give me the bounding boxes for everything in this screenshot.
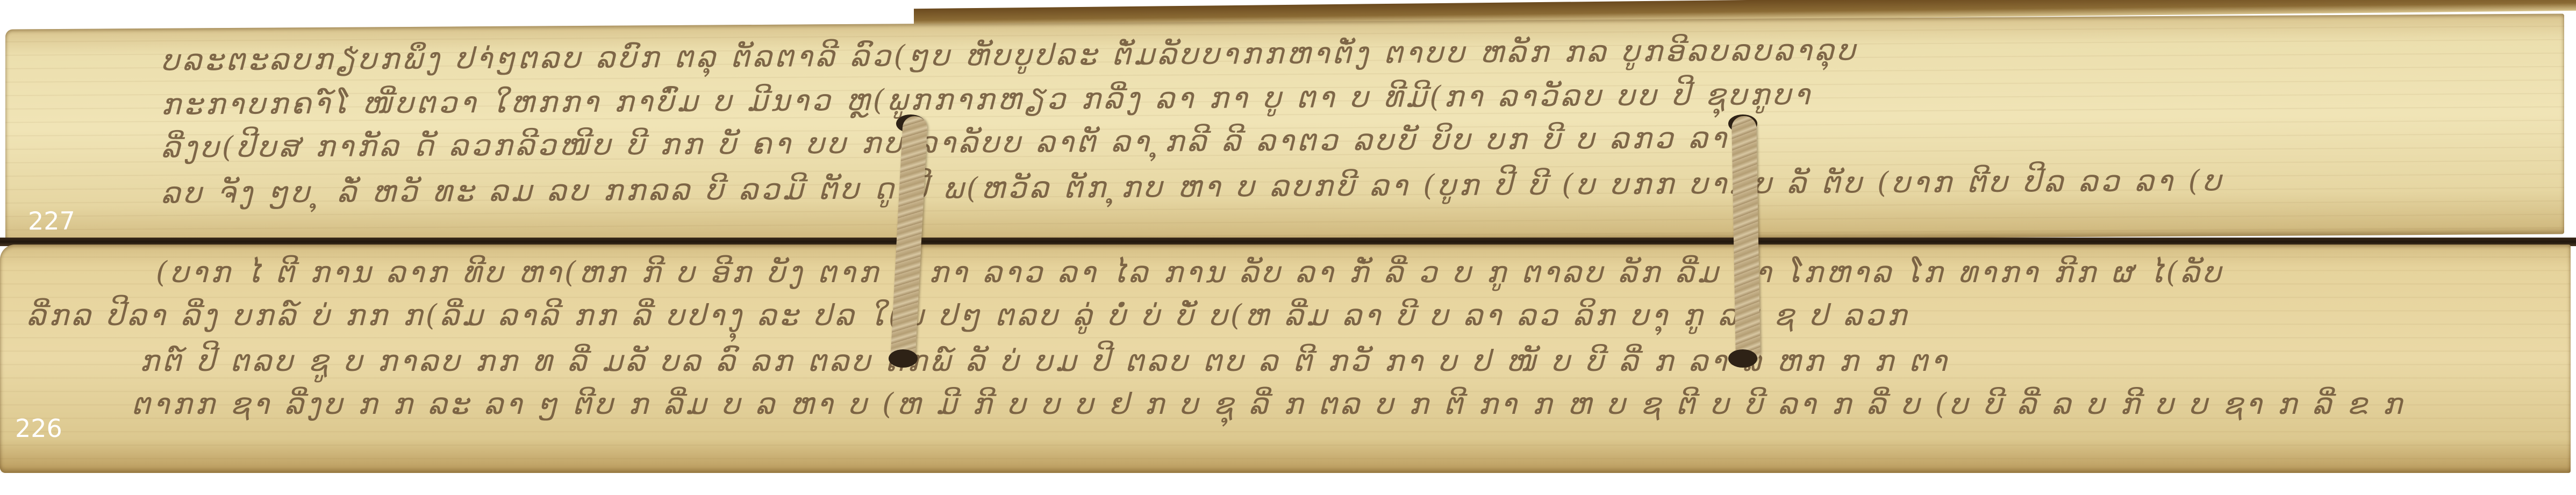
script-line-4: ລບ ຈັງ ໆບ ຸ ລັ່ ຫວັ ທະ ລມ ລບ ກກລລ ບີ ລວມ…: [161, 163, 2224, 210]
script-line-1: ບລະຕະລບກຽ່ບກພຶງ ປາ່ໆຕລບ ລບົກ ຕລຸ ຕັລຕາລີ…: [161, 33, 1858, 77]
palm-leaf-226: (ບາກ ໄ ຕີ ການ ລາກ ທີບ ຫາ(ຫກ ກີ ບ ອີກ ບັງ…: [0, 245, 2571, 473]
right-binding-string: [1731, 116, 1761, 364]
palm-leaf-227: ບລະຕະລບກຽ່ບກພຶງ ປາ່ໆຕລບ ລບົກ ຕລຸ ຕັລຕາລີ…: [5, 13, 2564, 249]
script-line-2: ກະກາບກຄາ໌ໂ ໜີ່ບຕວາ ໃຫກກາ ກາບົ່ມ ບ ມີນາວ …: [161, 77, 1813, 121]
binding-hole-icon: [1728, 349, 1757, 368]
script-line-2: ລີ່ກລ ປີລາ ລີ່ງ ບກລ໌ ບ່ ກກ ກ(ລີ່ມ ລາລີ ກ…: [27, 298, 1910, 332]
binding-hole-icon: [889, 349, 918, 368]
script-line-1: (ບາກ ໄ ຕີ ການ ລາກ ທີບ ຫາ(ຫກ ກີ ບ ອີກ ບັງ…: [156, 255, 2224, 289]
leaf-number-label: 227: [28, 206, 75, 236]
script-line-3: ລີ່ງບ(ປີບສ ກາກັລ ດັ ລວກລີວໜີບ ບີ ກກ ບັ ຄ…: [161, 121, 1729, 164]
script-line-3: ກຕ໌ ປີ ຕລບ ຊູ ບ ກາລບ ກກ ທ ລີ່ ມລັ ບລ ລົ …: [140, 344, 1950, 378]
script-line-4: ຕາກກ ຊາ ລີ່ງບ ກ ກ ລະ ລາ ໆ ຕີບ ກ ລີ່ມ ບ ລ…: [132, 387, 2405, 421]
leaf-number-label: 226: [15, 414, 62, 443]
